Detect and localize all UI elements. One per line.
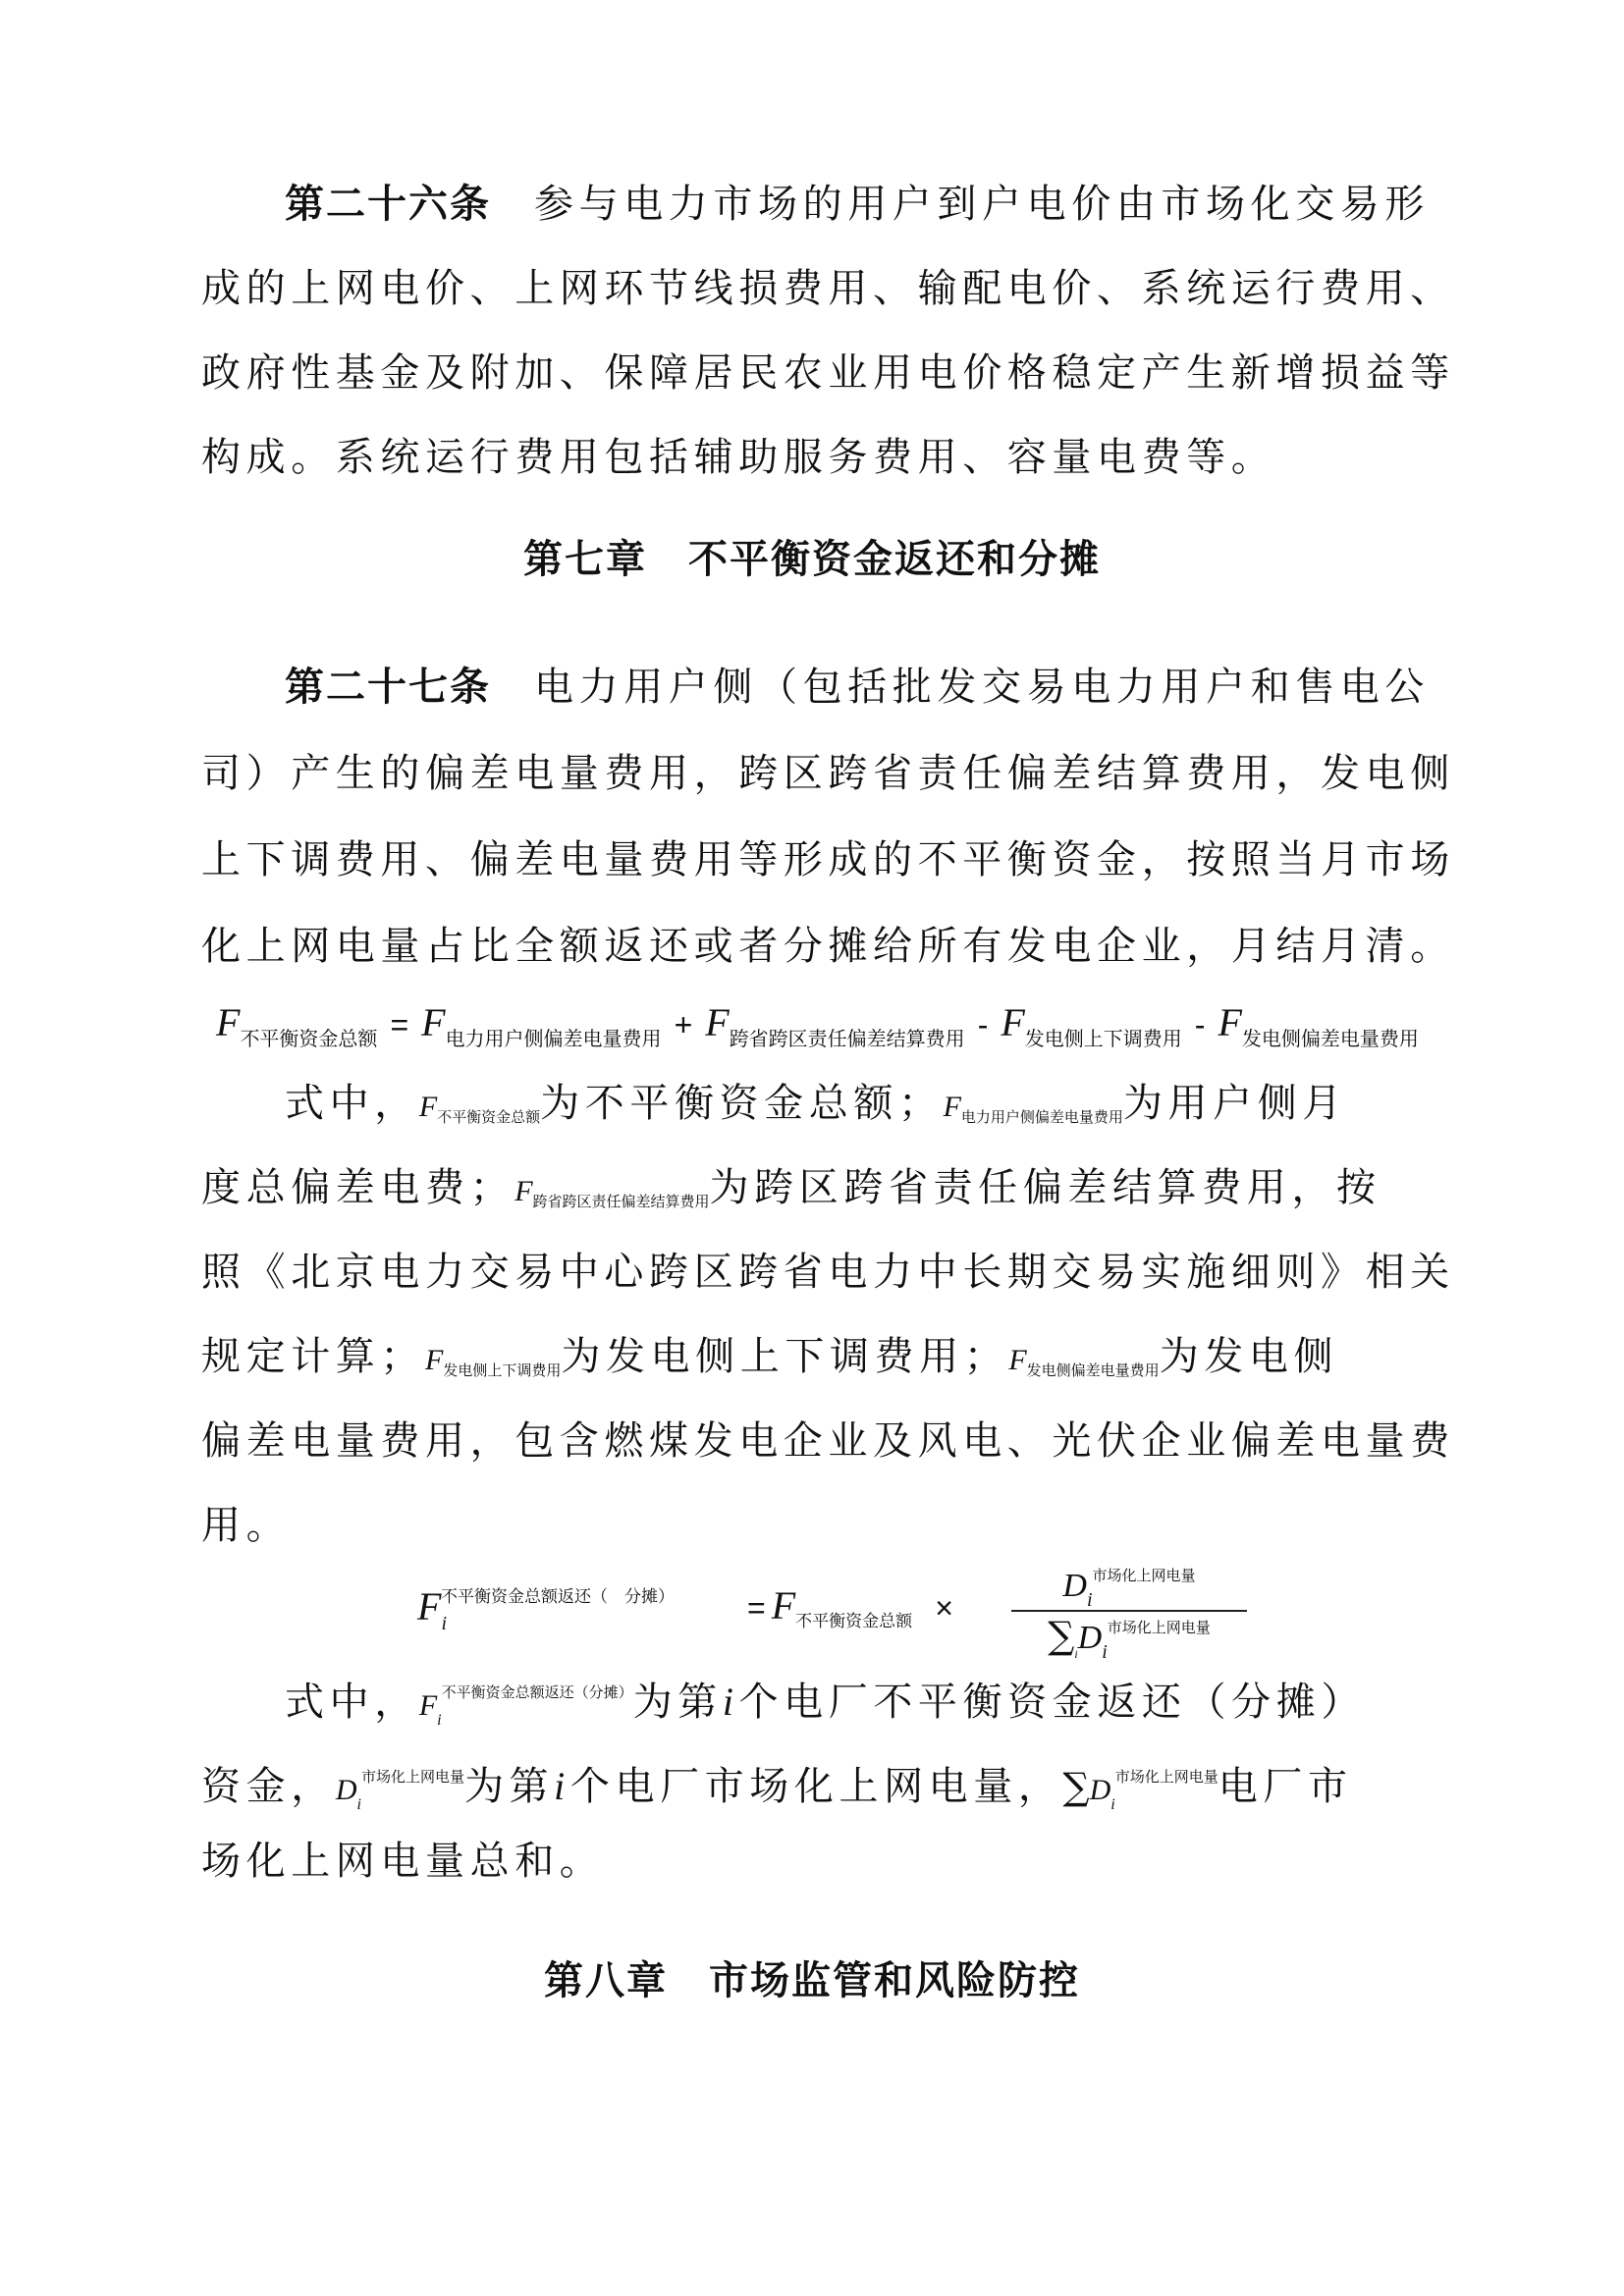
variable-i: i	[554, 1764, 570, 1808]
symbol-d: D	[1062, 1568, 1087, 1604]
article-26-line-4: 构成。系统运行费用包括辅助服务费用、容量电费等。	[201, 434, 1429, 481]
text: 电厂市	[1218, 1764, 1353, 1809]
text: 资金，	[201, 1764, 336, 1809]
formula-symbol-f: F	[1008, 1344, 1026, 1376]
formula-term: 不平衡资金总额	[437, 1108, 540, 1126]
text: 规定计算；	[201, 1334, 425, 1379]
article-26-text: 参与电力市场的用户到户电价由市场化交易形	[534, 182, 1430, 227]
formula-symbol-f: F	[425, 1344, 443, 1376]
fraction-numerator: Di市场化上网电量	[1011, 1565, 1247, 1612]
sigma-icon: ∑	[1062, 1765, 1089, 1808]
formula-lhs: Fi不平衡资金总额返还（ 分摊）	[417, 1582, 675, 1635]
article-27-line-3: 上下调费用、偏差电量费用等形成的不平衡资金，按照当月市场	[201, 836, 1429, 883]
sigma-icon: ∑	[1048, 1614, 1074, 1657]
variable-i: i	[723, 1680, 739, 1724]
article-27-line-4: 化上网电量占比全额返还或者分摊给所有发电企业，月结月清。	[201, 923, 1429, 970]
article-26-line-3: 政府性基金及附加、保障居民农业用电价格稳定产生新增损益等	[201, 349, 1429, 397]
formula-symbol-f: F	[772, 1583, 795, 1628]
formula-superscript: 市场化上网电量	[361, 1768, 464, 1786]
formula-superscript: 市场化上网电量	[1093, 1567, 1196, 1584]
index-i: i	[1110, 1796, 1114, 1813]
formula-rhs: =F不平衡资金总额 ×	[741, 1582, 959, 1631]
article-27-line-2: 司）产生的偏差电量费用，跨区跨省责任偏差结算费用，发电侧	[201, 750, 1429, 797]
formula-refund-allocation: Fi不平衡资金总额返还（ 分摊） =F不平衡资金总额 × Di市场化上网电量 ∑…	[417, 1561, 1301, 1659]
formula-imbalance-total: F不平衡资金总额 = F电力用户侧偏差电量费用 + F跨省跨区责任偏差结算费用 …	[216, 999, 1419, 1051]
symbol-d: D	[1078, 1620, 1103, 1656]
formula-term: 发电侧偏差电量费用	[1242, 1027, 1419, 1050]
formula-term: 不平衡资金总额	[795, 1612, 912, 1631]
equals-sign: =	[747, 1590, 766, 1626]
article-27-line-1: 第二十七条电力用户侧（包括批发交易电力用户和售电公	[285, 664, 1429, 711]
formula-term: 电力用户侧偏差电量费用	[961, 1108, 1123, 1126]
text: 为用户侧月	[1123, 1081, 1347, 1126]
article-27-label: 第二十七条	[285, 665, 491, 710]
formula-symbol-f: F	[421, 1000, 445, 1044]
text: 式中，	[285, 1081, 419, 1126]
article-26-line-1: 第二十六条参与电力市场的用户到户电价由市场化交易形	[285, 181, 1429, 228]
chapter-8-heading: 第八章 市场监管和风险防控	[0, 1957, 1624, 2004]
explanation-2-line-3: 场化上网电量总和。	[201, 1838, 1429, 1885]
fraction-denominator: ∑iDi市场化上网电量	[1011, 1614, 1247, 1664]
text: 为跨区跨省责任偏差结算费用，按	[710, 1165, 1381, 1210]
index-i: i	[1102, 1641, 1108, 1663]
explanation-1-line-2: 度总偏差电费；F跨省跨区责任偏差结算费用为跨区跨省责任偏差结算费用，按	[201, 1164, 1429, 1225]
index-i: i	[437, 1712, 441, 1729]
explanation-2-line-1: 式中，Fi不平衡资金总额返还（分摊）为第i个电厂不平衡资金返还（分摊）	[285, 1669, 1429, 1744]
formula-term: 发电侧偏差电量费用	[1027, 1362, 1160, 1379]
fraction-bar	[1011, 1610, 1247, 1612]
explanation-1-line-6: 用。	[201, 1502, 1429, 1549]
text: 为发电侧上下调费用；	[561, 1334, 1008, 1379]
fraction: Di市场化上网电量 ∑iDi市场化上网电量	[1011, 1561, 1247, 1659]
article-26-label: 第二十六条	[285, 182, 491, 227]
text: 个电厂不平衡资金返还（分摊）	[739, 1680, 1366, 1725]
explanation-2-line-2: 资金，Di市场化上网电量为第i个电厂市场化上网电量，∑Di市场化上网电量电厂市	[201, 1753, 1429, 1829]
formula-term: 发电侧上下调费用	[1025, 1027, 1182, 1050]
formula-term: 电力用户侧偏差电量费用	[446, 1027, 662, 1050]
formula-symbol-f: F	[1218, 1000, 1241, 1044]
symbol-d: D	[1090, 1774, 1111, 1806]
index-i: i	[1087, 1589, 1093, 1611]
plus-sign: +	[675, 1007, 693, 1042]
text: 为第	[464, 1764, 554, 1809]
formula-symbol-f: F	[705, 1000, 729, 1044]
formula-symbol-f: F	[1001, 1000, 1024, 1044]
symbol-d: D	[336, 1774, 357, 1806]
equals-sign: =	[390, 1007, 408, 1042]
explanation-1-line-1: 式中，F不平衡资金总额为不平衡资金总额；F电力用户侧偏差电量费用为用户侧月	[285, 1080, 1429, 1141]
formula-symbol-f: F	[944, 1091, 961, 1123]
formula-symbol-f: F	[419, 1689, 437, 1722]
times-sign: ×	[935, 1590, 953, 1626]
formula-symbol-f: F	[514, 1175, 532, 1207]
explanation-1-line-4: 规定计算；F发电侧上下调费用为发电侧上下调费用；F发电侧偏差电量费用为发电侧	[201, 1333, 1429, 1394]
formula-term: 跨省跨区责任偏差结算费用	[533, 1193, 710, 1210]
document-page: 第二十六条参与电力市场的用户到户电价由市场化交易形 成的上网电价、上网环节线损费…	[0, 0, 1624, 2296]
text: 度总偏差电费；	[201, 1165, 514, 1210]
text: 个电厂市场化上网电量，	[570, 1764, 1063, 1809]
explanation-1-line-5: 偏差电量费用，包含燃煤发电企业及风电、光伏企业偏差电量费	[201, 1417, 1429, 1465]
index-i: i	[441, 1613, 447, 1634]
formula-symbol-f: F	[216, 1000, 240, 1044]
text: 式中，	[285, 1680, 419, 1725]
minus-sign: -	[1195, 1007, 1206, 1042]
formula-superscript: 市场化上网电量	[1115, 1768, 1218, 1786]
formula-term: 不平衡资金总额	[240, 1027, 377, 1050]
text: 为不平衡资金总额；	[540, 1081, 943, 1126]
formula-superscript: 市场化上网电量	[1108, 1619, 1211, 1636]
minus-sign: -	[978, 1007, 989, 1042]
article-26-line-2: 成的上网电价、上网环节线损费用、输配电价、系统运行费用、	[201, 265, 1429, 312]
formula-superscript: 不平衡资金总额返还（分摊）	[442, 1683, 633, 1701]
chapter-7-heading: 第七章 不平衡资金返还和分摊	[0, 536, 1624, 583]
formula-symbol-f: F	[419, 1091, 437, 1123]
text: 为第	[633, 1680, 723, 1725]
formula-term: 发电侧上下调费用	[443, 1362, 561, 1379]
article-27-text: 电力用户侧（包括批发交易电力用户和售电公	[534, 665, 1430, 710]
formula-term: 跨省跨区责任偏差结算费用	[730, 1027, 965, 1050]
formula-superscript: 不平衡资金总额返还（ 分摊）	[441, 1587, 675, 1607]
explanation-1-line-3: 照《北京电力交易中心跨区跨省电力中长期交易实施细则》相关	[201, 1249, 1429, 1296]
text: 为发电侧	[1160, 1334, 1338, 1379]
formula-symbol-f: F	[417, 1584, 441, 1629]
index-i: i	[356, 1796, 360, 1813]
